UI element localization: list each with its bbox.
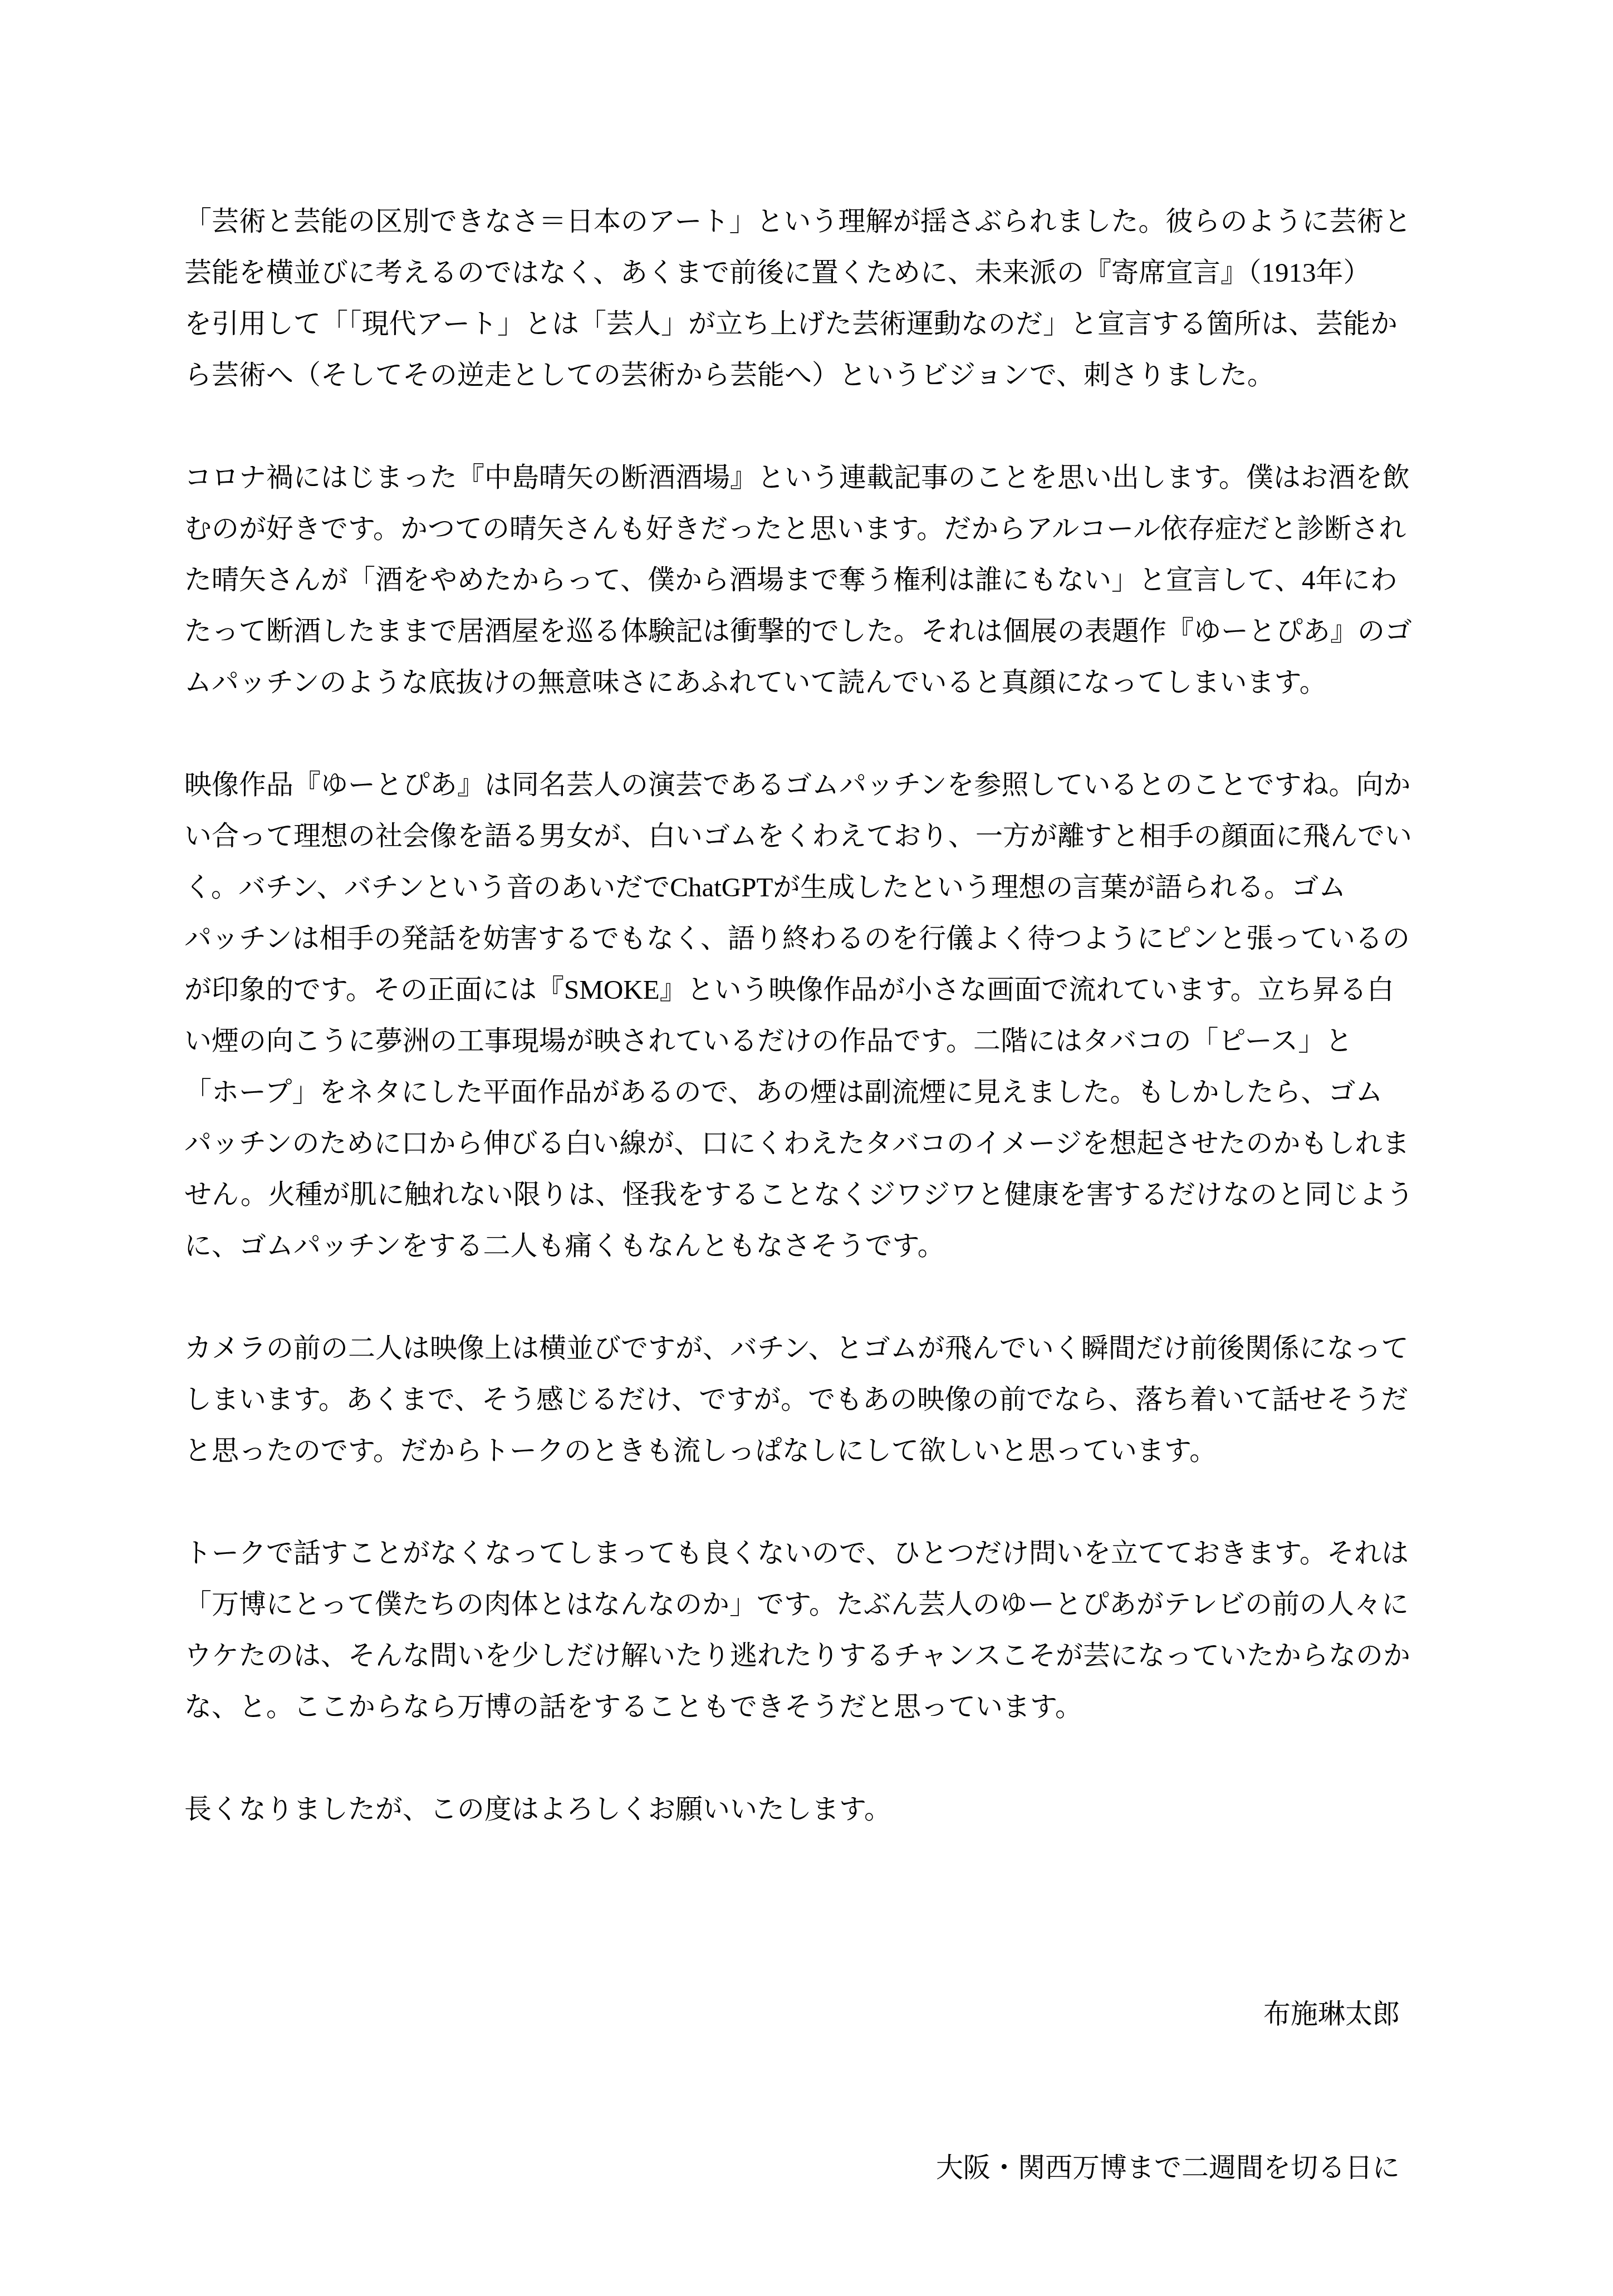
letter-body: 「芸術と芸能の区別できなさ＝日本のアート」という理解が揺さぶられました。彼らのよ… [184, 196, 1427, 2296]
paragraph-art-geino: 「芸術と芸能の区別できなさ＝日本のアート」という理解が揺さぶられました。彼らのよ… [184, 196, 1427, 401]
signature-name: 布施琳太郎 [184, 1989, 1400, 2040]
signature-block: 布施琳太郎 大阪・関西万博まで二週間を切る日に [184, 1886, 1427, 2296]
paragraph-utopia-video: 映像作品『ゆーとぴあ』は同名芸人の演芸であるゴムパッチンを参照しているとのことで… [184, 759, 1427, 1272]
paragraph-talk-question: トークで話すことがなくなってしまっても良くないので、ひとつだけ問いを立てておきま… [184, 1528, 1427, 1733]
signature-date: 大阪・関西万博まで二週間を切る日に [184, 2142, 1400, 2194]
paragraph-camera-pair: カメラの前の二人は映像上は横並びですが、バチン、とゴムが飛んでいく瞬間だけ前後関… [184, 1323, 1427, 1476]
paragraph-danshu-sakaba: コロナ禍にはじまった『中島晴矢の断酒酒場』という連載記事のことを思い出します。僕… [184, 452, 1427, 708]
paragraph-closing: 長くなりましたが、この度はよろしくお願いいたします。 [184, 1784, 1427, 1835]
document-page: 「芸術と芸能の区別できなさ＝日本のアート」という理解が揺さぶられました。彼らのよ… [0, 0, 1613, 2279]
